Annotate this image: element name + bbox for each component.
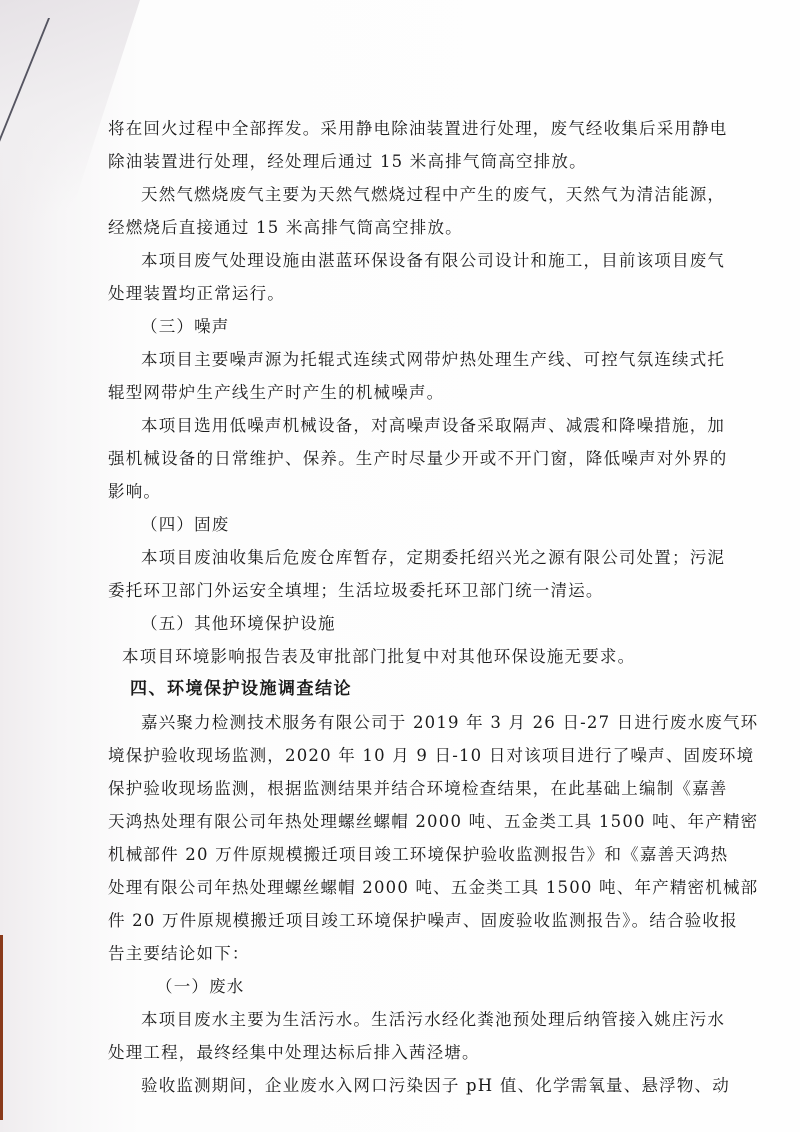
text-line: 本项目主要噪声源为托辊式连续式网带炉热处理生产线、可控气氛连续式托: [108, 343, 698, 376]
text-line: 除油装置进行处理，经处理后通过 15 米高排气筒高空排放。: [108, 145, 698, 178]
text-line: 影响。: [108, 475, 698, 508]
text-line: 告主要结论如下：: [108, 937, 698, 970]
text-line: 本项目选用低噪声机械设备，对高噪声设备采取隔声、减震和降噪措施，加: [108, 409, 698, 442]
text-line: 保护验收现场监测，根据监测结果并结合环境检查结果，在此基础上编制《嘉善: [108, 772, 698, 805]
text-line: 委托环卫部门外运安全填埋；生活垃圾委托环卫部门统一清运。: [108, 574, 698, 607]
section-subheading-wastewater: （一）废水: [108, 970, 698, 1003]
text-line: 本项目废油收集后危废仓库暂存，定期委托绍兴光之源有限公司处置；污泥: [108, 541, 698, 574]
section-subheading-solid-waste: （四）固废: [108, 508, 698, 541]
section-heading-conclusion: 四、环境保护设施调查结论: [108, 673, 698, 706]
text-line: 处理有限公司年热处理螺丝螺帽 2000 吨、五金类工具 1500 吨、年产精密机…: [108, 871, 698, 904]
text-line: 处理工程，最终经集中处理达标后排入茜泾塘。: [108, 1036, 698, 1069]
text-line: 件 20 万件原规模搬迁项目竣工环境保护噪声、固废验收监测报告》。结合验收报: [108, 904, 698, 937]
section-subheading-noise: （三）噪声: [108, 310, 698, 343]
text-line: 强机械设备的日常维护、保养。生产时尽量少开或不开门窗，降低噪声对外界的: [108, 442, 698, 475]
text-line: 天鸿热处理有限公司年热处理螺丝螺帽 2000 吨、五金类工具 1500 吨、年产…: [108, 805, 698, 838]
text-line: 机械部件 20 万件原规模搬迁项目竣工环境保护验收监测报告》和《嘉善天鸿热: [108, 838, 698, 871]
text-line: 验收监测期间，企业废水入网口污染因子 pH 值、化学需氧量、悬浮物、动: [108, 1069, 698, 1102]
text-line: 将在回火过程中全部挥发。采用静电除油装置进行处理，废气经收集后采用静电: [108, 112, 698, 145]
text-line: 天然气燃烧废气主要为天然气燃烧过程中产生的废气，天然气为清洁能源，: [108, 178, 698, 211]
text-line: 处理装置均正常运行。: [108, 277, 698, 310]
text-line: 本项目环境影响报告表及审批部门批复中对其他环保设施无要求。: [108, 640, 698, 673]
section-subheading-other: （五）其他环境保护设施: [108, 607, 698, 640]
text-line: 嘉兴聚力检测技术服务有限公司于 2019 年 3 月 26 日-27 日进行废水…: [108, 706, 698, 739]
text-line: 辊型网带炉生产线生产时产生的机械噪声。: [108, 376, 698, 409]
text-line: 境保护验收现场监测，2020 年 10 月 9 日-10 日对该项目进行了噪声、…: [108, 739, 698, 772]
text-line: 本项目废气处理设施由湛蓝环保设备有限公司设计和施工，目前该项目废气: [108, 244, 698, 277]
binding-edge: [0, 935, 3, 1120]
text-line: 经燃烧后直接通过 15 米高排气筒高空排放。: [108, 211, 698, 244]
text-line: 本项目废水主要为生活污水。生活污水经化粪池预处理后纳管接入姚庄污水: [108, 1003, 698, 1036]
document-body: 将在回火过程中全部挥发。采用静电除油装置进行处理，废气经收集后采用静电 除油装置…: [108, 112, 698, 1102]
